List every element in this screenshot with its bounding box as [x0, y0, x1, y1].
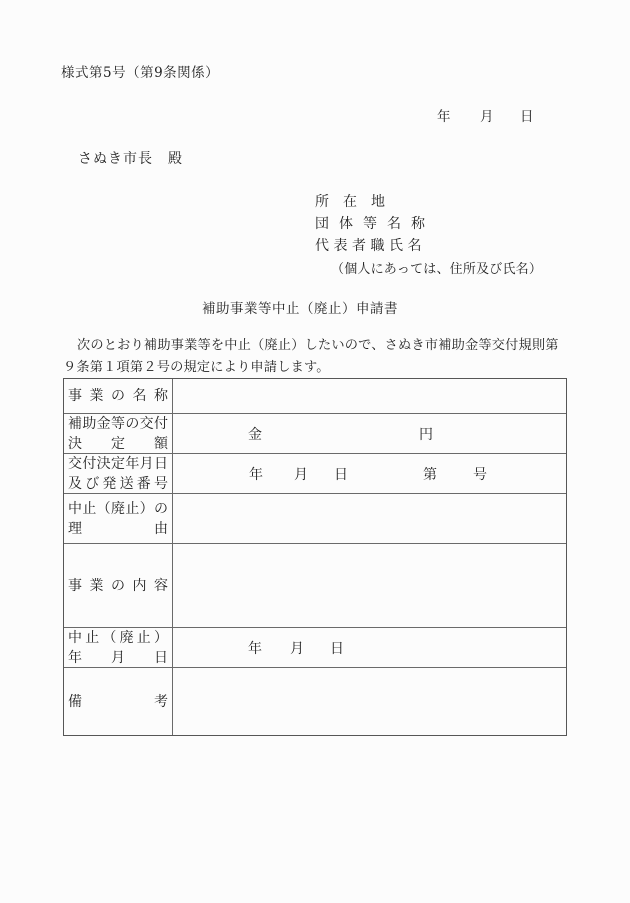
row-label-line: 補助金等の交付 [68, 414, 168, 434]
amount-prefix-label: 金 [248, 424, 262, 444]
row-label: 事業の名称 [64, 379, 173, 413]
row-label-line: 理由 [68, 519, 168, 539]
table-row-decision-date-number: 交付決定年月日 及び発送番号 年 月 日 第 号 [64, 453, 566, 493]
table-row-project-description: 事業の内容 [64, 543, 566, 627]
day-label: 日 [330, 638, 344, 658]
row-label-line: 備考 [68, 692, 168, 712]
addressee: さぬき市長 殿 [78, 148, 183, 168]
applicant-individual-note: （個人にあっては、住所及び氏名） [331, 258, 542, 277]
table-row-grant-decision-amount: 補助金等の交付 決定額 金 円 [64, 413, 566, 453]
issue-date-day-label: 日 [520, 105, 534, 125]
applicant-address-label: 所 在 地 [315, 191, 385, 211]
row-label-line: 中止（廃止）の [68, 499, 168, 519]
row-label-line: 及び発送番号 [68, 474, 168, 494]
row-label-line: 年月日 [68, 648, 168, 668]
row-value-project-description [173, 544, 566, 627]
table-row-remarks: 備考 [64, 667, 566, 735]
year-label: 年 [248, 638, 262, 658]
table-row-project-name: 事業の名称 [64, 379, 566, 413]
row-value-remarks [173, 668, 566, 735]
issue-date-year-label: 年 [437, 105, 451, 125]
year-label: 年 [249, 464, 263, 484]
row-label-line: 事業の内容 [68, 576, 168, 596]
application-statement: 次のとおり補助事業等を中止（廃止）したいので、さぬき市補助金等交付規則第 ９条第… [63, 335, 573, 378]
number-no-label: 第 [423, 464, 437, 484]
month-label: 月 [294, 464, 308, 484]
row-value-cancellation-date: 年 月 日 [173, 628, 566, 667]
statement-line-1: 次のとおり補助事業等を中止（廃止）したいので、さぬき市補助金等交付規則第 [63, 335, 573, 357]
row-value-project-name [173, 379, 566, 413]
month-label: 月 [290, 638, 304, 658]
day-label: 日 [334, 464, 348, 484]
row-value-grant-decision-amount: 金 円 [173, 414, 566, 453]
statement-line-2: ９条第１項第２号の規定により申請します。 [63, 357, 573, 379]
row-label: 補助金等の交付 決定額 [64, 414, 173, 453]
row-label-line: 決定額 [68, 434, 168, 454]
application-table: 事業の名称 補助金等の交付 決定額 金 円 交付決定年月日 及び発送番号 年 月… [63, 378, 567, 736]
table-row-cancellation-reason: 中止（廃止）の 理由 [64, 493, 566, 543]
row-label: 交付決定年月日 及び発送番号 [64, 454, 173, 493]
issue-date-month-label: 月 [480, 105, 494, 125]
row-value-cancellation-reason [173, 494, 566, 543]
row-value-decision-date-number: 年 月 日 第 号 [173, 454, 566, 493]
currency-yen-label: 円 [419, 424, 433, 444]
table-row-cancellation-date: 中止（廃止） 年月日 年 月 日 [64, 627, 566, 667]
row-label-line: 事業の名称 [68, 386, 168, 406]
row-label-line: 中止（廃止） [68, 628, 168, 648]
document-title: 補助事業等中止（廃止）申請書 [0, 297, 600, 317]
applicant-org-name-label: 団体等名称 [315, 213, 435, 233]
number-gou-label: 号 [473, 464, 487, 484]
row-label: 中止（廃止）の 理由 [64, 494, 173, 543]
document-page: 様式第5号（第9条関係） 年 月 日 さぬき市長 殿 所 在 地 団体等名称 代… [0, 0, 630, 903]
row-label: 事業の内容 [64, 544, 173, 627]
applicant-rep-name-label: 代表者職氏名 [315, 235, 426, 255]
row-label: 中止（廃止） 年月日 [64, 628, 173, 667]
form-number: 様式第5号（第9条関係） [61, 61, 219, 81]
row-label-line: 交付決定年月日 [68, 454, 168, 474]
row-label: 備考 [64, 668, 173, 735]
